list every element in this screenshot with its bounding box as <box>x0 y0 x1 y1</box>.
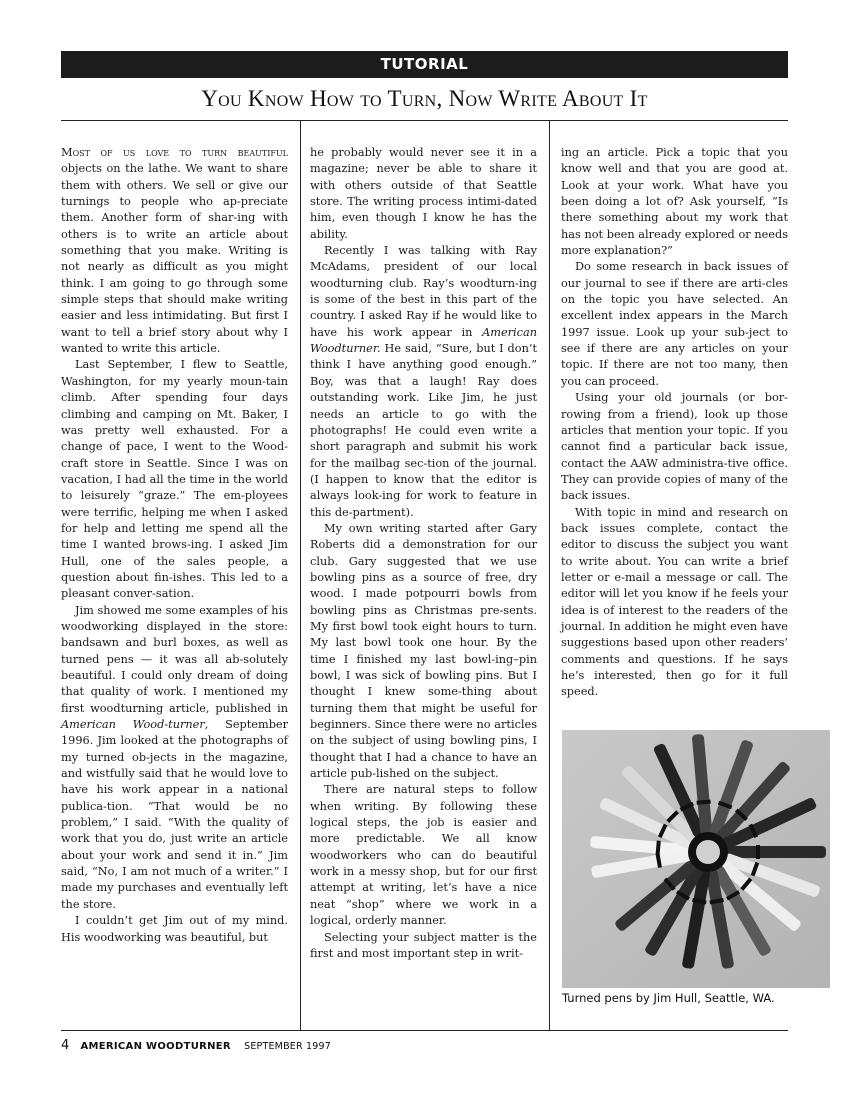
section-label: TUTORIAL <box>381 55 469 73</box>
pens-starburst-image <box>562 730 830 988</box>
paragraph: Last September, I flew to Seattle, Washi… <box>61 357 288 602</box>
publication-name: AMERICAN WOODTURNER <box>80 1041 230 1052</box>
column-divider-2 <box>549 120 550 1030</box>
bottom-rule-divider <box>61 1030 788 1031</box>
paragraph: he probably would never see it in a maga… <box>310 145 537 243</box>
paragraph: Recently I was talking with Ray McAdams,… <box>310 243 537 521</box>
page-number: 4 <box>61 1038 69 1053</box>
photo-caption: Turned pens by Jim Hull, Seattle, WA. <box>562 990 802 1006</box>
page-footer: 4 AMERICAN WOODTURNER SEPTEMBER 1997 <box>61 1038 331 1055</box>
issue-date: SEPTEMBER 1997 <box>244 1041 331 1052</box>
paragraph: There are natural steps to follow when w… <box>310 782 537 929</box>
paragraph: Do some research in back issues of our j… <box>561 259 788 390</box>
paragraph: ing an article. Pick a topic that you kn… <box>561 145 788 259</box>
section-banner: TUTORIAL <box>61 51 788 78</box>
article-column-3: ing an article. Pick a topic that you kn… <box>561 145 788 701</box>
paragraph: Jim showed me some examples of his woodw… <box>61 603 288 914</box>
top-rule-divider <box>61 120 788 121</box>
paragraph: Selecting your subject matter is the fir… <box>310 930 537 963</box>
paragraph: I couldn’t get Jim out of my mind. His w… <box>61 913 288 946</box>
lead-in-small-caps: Most of us love to turn beautiful <box>61 146 288 159</box>
column-divider-1 <box>300 120 301 1030</box>
publication-italic: American Wood-turner <box>61 718 205 731</box>
turned-pens-photo <box>562 730 830 988</box>
article-title: You Know How to Turn, Now Write About It <box>61 82 788 116</box>
paragraph: Most of us love to turn beautiful object… <box>61 145 288 357</box>
paragraph: My own writing started after Gary Robert… <box>310 521 537 783</box>
paragraph: Using your old journals (or bor-rowing f… <box>561 390 788 504</box>
article-column-2: he probably would never see it in a maga… <box>310 145 537 962</box>
article-column-1: Most of us love to turn beautiful object… <box>61 145 288 946</box>
paragraph: With topic in mind and research on back … <box>561 505 788 701</box>
